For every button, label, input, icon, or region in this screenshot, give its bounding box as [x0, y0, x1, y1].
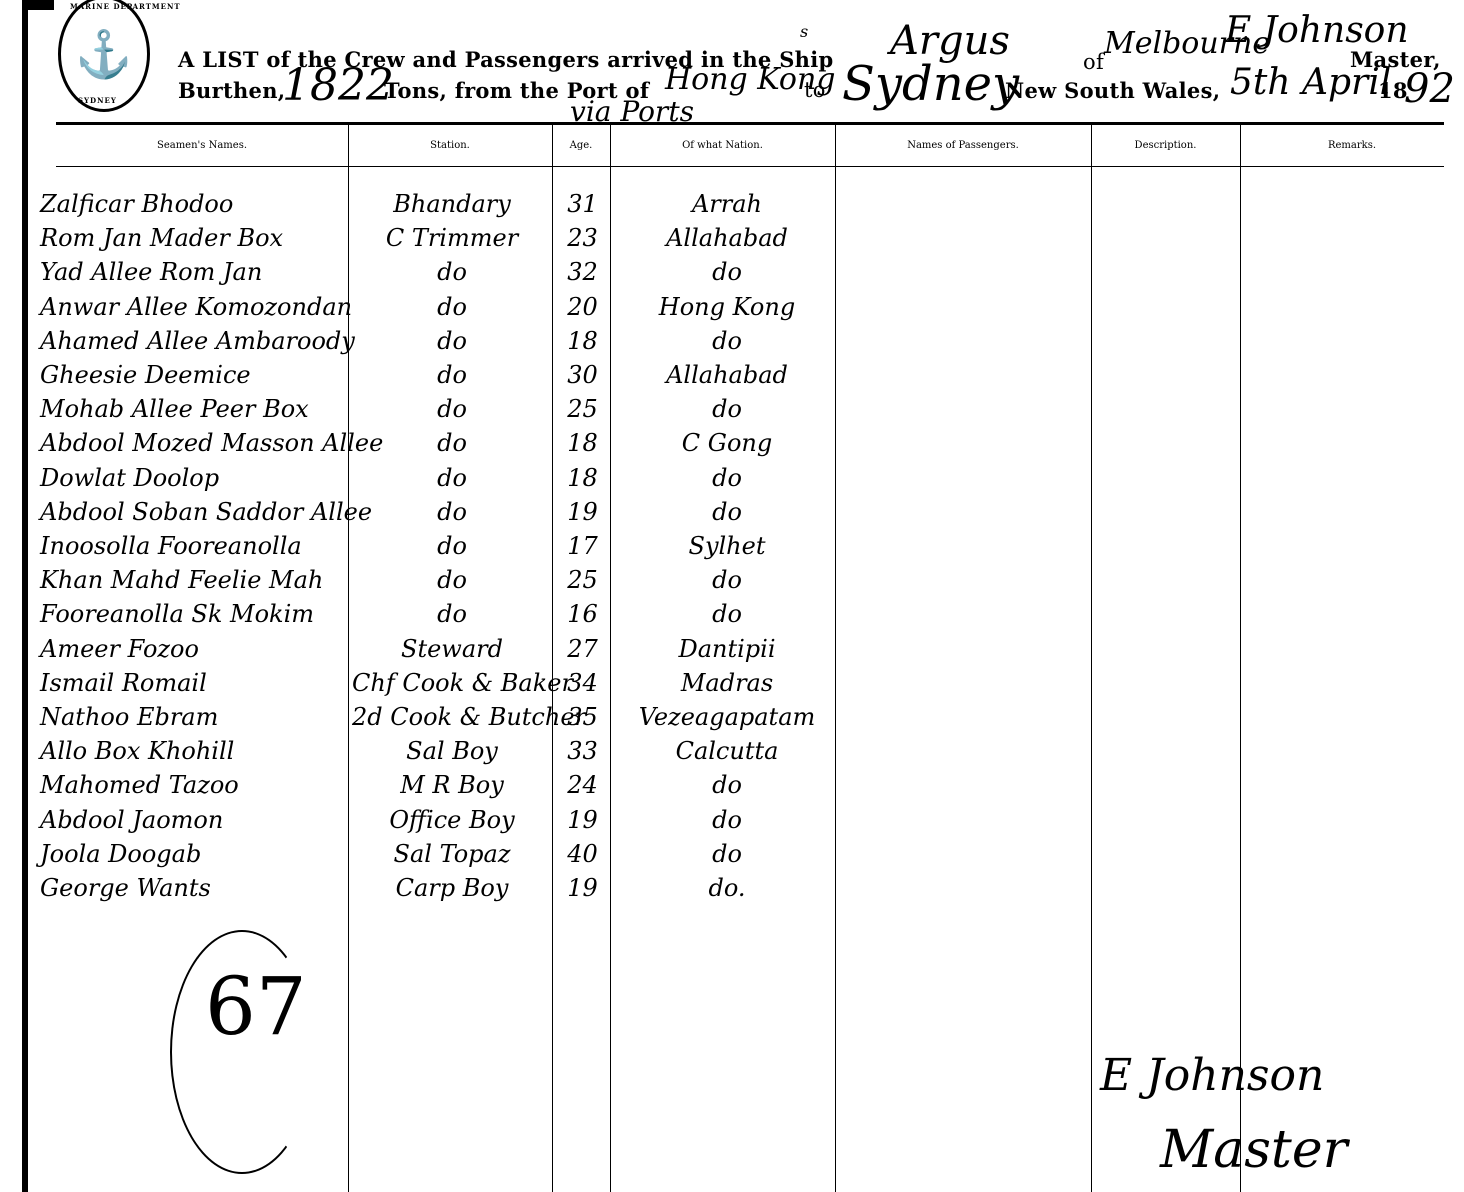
- master-signature: E Johnson: [1100, 1050, 1324, 1101]
- crew-station: do: [352, 327, 552, 355]
- crew-age: 19: [555, 498, 610, 526]
- ship-superscript: s: [800, 22, 808, 41]
- arrival-date: 5th April: [1230, 62, 1391, 103]
- crew-station: do: [352, 532, 552, 560]
- crew-age: 32: [555, 258, 610, 286]
- crew-station: do: [352, 293, 552, 321]
- seal-text-top: MARINE DEPARTMENT: [70, 2, 181, 11]
- crew-name: Ameer Fozoo: [40, 635, 350, 663]
- crew-age: 40: [555, 840, 610, 868]
- crew-nation: do: [612, 258, 842, 286]
- year-suffix: 92: [1404, 66, 1455, 112]
- table-row: Mohab Allee Peer Boxdo25do: [40, 395, 1464, 429]
- crew-station: do: [352, 498, 552, 526]
- to-label: to: [804, 78, 826, 102]
- table-row: Rom Jan Mader BoxC Trimmer23Allahabad: [40, 224, 1464, 258]
- crew-age: 19: [555, 874, 610, 902]
- crew-name: Gheesie Deemice: [40, 361, 350, 389]
- crew-name: Allo Box Khohill: [40, 737, 350, 765]
- column-header-station: Station.: [348, 140, 552, 151]
- anchor-icon: ⚓: [75, 27, 132, 82]
- crew-age: 18: [555, 429, 610, 457]
- table-row: Inoosolla Fooreanollado17Sylhet: [40, 532, 1464, 566]
- crew-age: 35: [555, 703, 610, 731]
- master-name: E Johnson: [1225, 10, 1409, 51]
- table-row: Abdool Soban Saddor Alleedo19do: [40, 498, 1464, 532]
- crew-age: 25: [555, 566, 610, 594]
- table-row: Ahamed Allee Ambaroodydo18do: [40, 327, 1464, 361]
- crew-name: Dowlat Doolop: [40, 464, 350, 492]
- crew-station: Carp Boy: [352, 874, 552, 902]
- table-row: Dowlat Doolopdo18do: [40, 464, 1464, 498]
- crew-age: 24: [555, 771, 610, 799]
- crew-count-annotation: 67: [205, 960, 307, 1053]
- crew-name: Yad Allee Rom Jan: [40, 258, 350, 286]
- table-row: Abdool Mozed Masson Alleedo18C Gong: [40, 429, 1464, 463]
- crew-nation: Hong Kong: [612, 293, 842, 321]
- crew-nation: do: [612, 771, 842, 799]
- crew-name: Ahamed Allee Ambaroody: [40, 327, 350, 355]
- crew-station: do: [352, 600, 552, 628]
- crew-age: 18: [555, 464, 610, 492]
- crew-name: Inoosolla Fooreanolla: [40, 532, 350, 560]
- crew-nation: Madras: [612, 669, 842, 697]
- crew-name: Abdool Jaomon: [40, 806, 350, 834]
- crew-station: Chf Cook & Baker: [352, 669, 552, 697]
- crew-age: 20: [555, 293, 610, 321]
- crew-station: Sal Topaz: [352, 840, 552, 868]
- crew-station: do: [352, 429, 552, 457]
- crew-nation: do: [612, 840, 842, 868]
- region-label: New South Wales,: [1005, 78, 1220, 103]
- crew-age: 33: [555, 737, 610, 765]
- burthen-label: Burthen,: [178, 78, 285, 103]
- crew-age: 31: [555, 190, 610, 218]
- bracket-top: [22, 0, 54, 10]
- crew-nation: do: [612, 395, 842, 423]
- column-header-rule: [56, 166, 1444, 167]
- crew-age: 30: [555, 361, 610, 389]
- column-header-description: Description.: [1091, 140, 1240, 151]
- table-row: Gheesie Deemicedo30Allahabad: [40, 361, 1464, 395]
- table-row: Khan Mahd Feelie Mahdo25do: [40, 566, 1464, 600]
- table-row: Ameer FozooSteward27Dantipii: [40, 635, 1464, 669]
- crew-age: 25: [555, 395, 610, 423]
- crew-name: George Wants: [40, 874, 350, 902]
- crew-age: 27: [555, 635, 610, 663]
- crew-name: Abdool Mozed Masson Allee: [40, 429, 350, 457]
- crew-station: Sal Boy: [352, 737, 552, 765]
- master-signature-title: Master: [1160, 1120, 1347, 1180]
- crew-station: M R Boy: [352, 771, 552, 799]
- crew-age: 17: [555, 532, 610, 560]
- crew-nation: do: [612, 498, 842, 526]
- table-row: Allo Box KhohillSal Boy33Calcutta: [40, 737, 1464, 771]
- crew-station: do: [352, 566, 552, 594]
- table-row: Yad Allee Rom Jando32do: [40, 258, 1464, 292]
- table-row: Fooreanolla Sk Mokimdo16do: [40, 600, 1464, 634]
- crew-station: do: [352, 258, 552, 286]
- of-label: of: [1083, 50, 1104, 74]
- crew-nation: do: [612, 464, 842, 492]
- crew-station: Bhandary: [352, 190, 552, 218]
- crew-name: Mahomed Tazoo: [40, 771, 350, 799]
- seal-text-bottom: SYDNEY: [78, 96, 117, 105]
- crew-nation: do: [612, 806, 842, 834]
- crew-nation: Arrah: [612, 190, 842, 218]
- crew-name: Rom Jan Mader Box: [40, 224, 350, 252]
- table-row: Anwar Allee Komozondando20Hong Kong: [40, 293, 1464, 327]
- column-header-seamens-names: Seamen's Names.: [56, 140, 348, 151]
- table-row: Ismail RomailChf Cook & Baker34Madras: [40, 669, 1464, 703]
- crew-nation: do.: [612, 874, 842, 902]
- crew-nation: Sylhet: [612, 532, 842, 560]
- crew-age: 18: [555, 327, 610, 355]
- crew-name: Anwar Allee Komozondan: [40, 293, 350, 321]
- crew-nation: Dantipii: [612, 635, 842, 663]
- crew-nation: C Gong: [612, 429, 842, 457]
- table-row: Nathoo Ebram2d Cook & Butcher35Vezeagapa…: [40, 703, 1464, 737]
- table-row: Zalficar BhodooBhandary31Arrah: [40, 190, 1464, 224]
- crew-name: Fooreanolla Sk Mokim: [40, 600, 350, 628]
- crew-nation: do: [612, 566, 842, 594]
- crew-station: do: [352, 395, 552, 423]
- crew-name: Mohab Allee Peer Box: [40, 395, 350, 423]
- crew-name: Joola Doogab: [40, 840, 350, 868]
- crew-nation: Allahabad: [612, 361, 842, 389]
- crew-name: Abdool Soban Saddor Allee: [40, 498, 350, 526]
- destination: Sydney: [842, 56, 1019, 112]
- crew-name: Khan Mahd Feelie Mah: [40, 566, 350, 594]
- burthen-tons: 1822: [282, 60, 394, 111]
- crew-age: 23: [555, 224, 610, 252]
- crew-age: 16: [555, 600, 610, 628]
- table-row: George WantsCarp Boy19do.: [40, 874, 1464, 908]
- column-header-passenger-names: Names of Passengers.: [835, 140, 1091, 151]
- table-row: Mahomed TazooM R Boy24do: [40, 771, 1464, 805]
- header-rule: [56, 122, 1444, 125]
- crew-name: Ismail Romail: [40, 669, 350, 697]
- crew-nation: do: [612, 327, 842, 355]
- crew-station: do: [352, 464, 552, 492]
- crew-nation: Vezeagapatam: [612, 703, 842, 731]
- column-header-age: Age.: [552, 140, 610, 151]
- crew-station: 2d Cook & Butcher: [352, 703, 552, 731]
- crew-station: C Trimmer: [352, 224, 552, 252]
- crew-name: Zalficar Bhodoo: [40, 190, 350, 218]
- column-header-remarks: Remarks.: [1240, 140, 1464, 151]
- crew-station: do: [352, 361, 552, 389]
- crew-station: Office Boy: [352, 806, 552, 834]
- crew-age: 19: [555, 806, 610, 834]
- crew-nation: Calcutta: [612, 737, 842, 765]
- table-row: Abdool JaomonOffice Boy19do: [40, 806, 1464, 840]
- crew-age: 34: [555, 669, 610, 697]
- crew-name: Nathoo Ebram: [40, 703, 350, 731]
- crew-station: Steward: [352, 635, 552, 663]
- crew-nation: do: [612, 600, 842, 628]
- crew-nation: Allahabad: [612, 224, 842, 252]
- table-row: Joola DoogabSal Topaz40do: [40, 840, 1464, 874]
- column-header-nation: Of what Nation.: [610, 140, 835, 151]
